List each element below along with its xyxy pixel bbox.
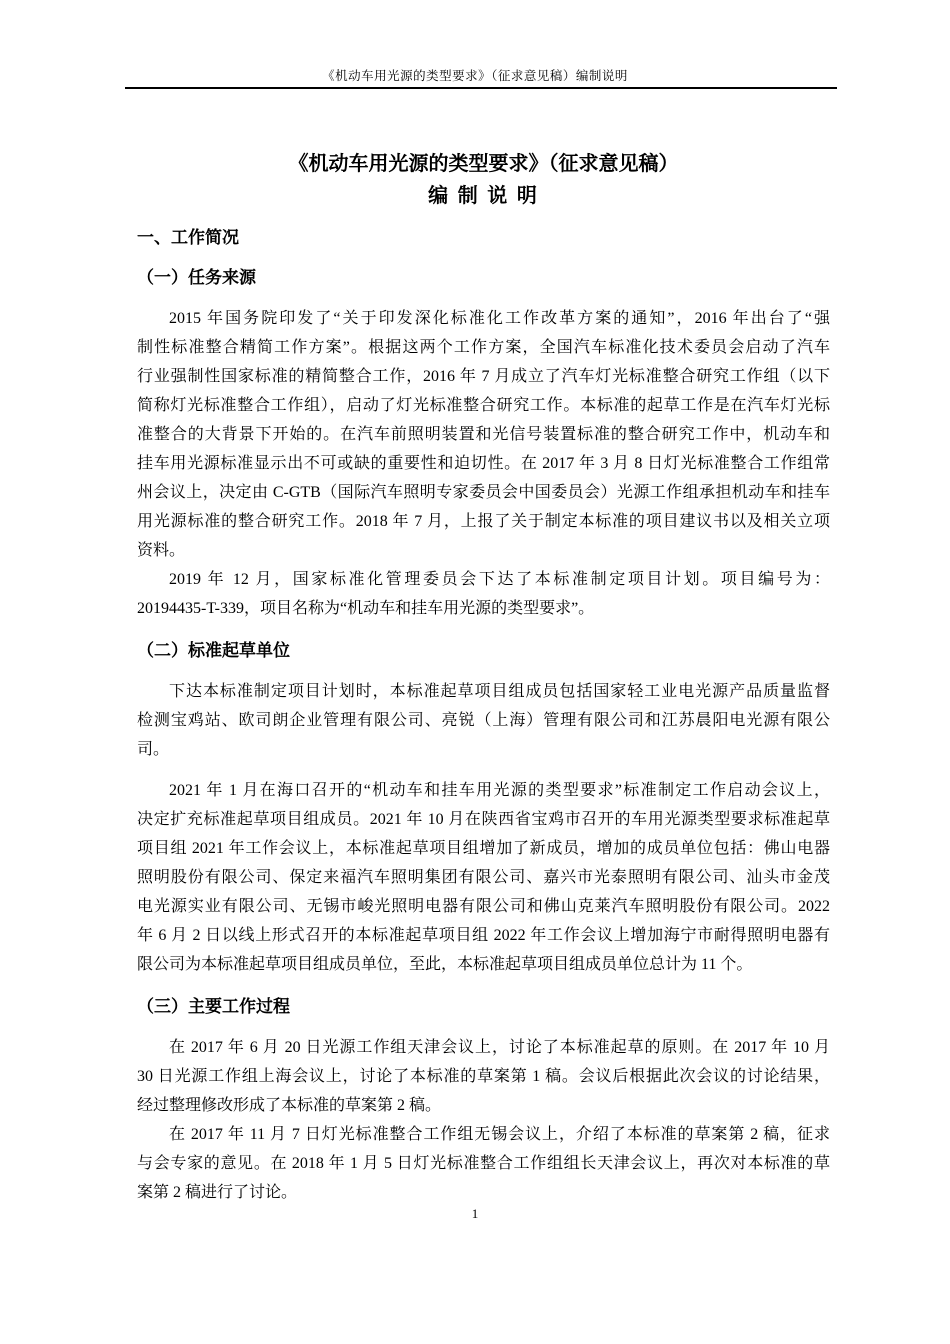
paragraph-line: 2015 年国务院印发了“关于印发深化标准化工作改革方案的通知”，2016 年出… <box>137 304 830 333</box>
document-content: 《机动车用光源的类型要求》（征求意见稿） 编 制 说 明 一、工作简况（一）任务… <box>137 150 830 1207</box>
section-heading: 一、工作简况 <box>137 226 830 250</box>
document-title-line2: 编 制 说 明 <box>137 182 830 210</box>
paragraph: 2021 年 1 月在海口召开的“机动车和挂车用光源的类型要求”标准制定工作启动… <box>137 776 830 979</box>
paragraph: 2019 年 12 月，国家标准化管理委员会下达了本标准制定项目计划。项目编号为… <box>137 565 830 623</box>
paragraph: 2015 年国务院印发了“关于印发深化标准化工作改革方案的通知”，2016 年出… <box>137 304 830 565</box>
paragraph-line: 用光源标准的整合研究工作。2018 年 7 月，上报了关于制定本标准的项目建议书… <box>137 507 830 536</box>
document-body: 一、工作简况（一）任务来源2015 年国务院印发了“关于印发深化标准化工作改革方… <box>137 226 830 1207</box>
paragraph-line: 在 2017 年 11 月 7 日灯光标准整合工作组无锡会议上，介绍了本标准的草… <box>137 1120 830 1149</box>
paragraph-line: 项目组 2021 年工作会议上，本标准起草项目组增加了新成员，增加的成员单位包括… <box>137 834 830 863</box>
paragraph-line: 在 2017 年 6 月 20 日光源工作组天津会议上，讨论了本标准起草的原则。… <box>137 1033 830 1062</box>
paragraph-line: 照明股份有限公司、保定来福汽车照明集团有限公司、嘉兴市光泰照明有限公司、汕头市金… <box>137 863 830 892</box>
document-title-line1: 《机动车用光源的类型要求》（征求意见稿） <box>137 150 830 178</box>
paragraph-line: 行业强制性国家标准的精简整合工作，2016 年 7 月成立了汽车灯光标准整合研究… <box>137 362 830 391</box>
header-rule <box>125 87 837 89</box>
subsection-heading: （三）主要工作过程 <box>137 995 830 1019</box>
paragraph-line: 资料。 <box>137 536 830 565</box>
paragraph: 在 2017 年 6 月 20 日光源工作组天津会议上，讨论了本标准起草的原则。… <box>137 1033 830 1120</box>
paragraph-line: 制性标准整合精简工作方案”。根据这两个工作方案，全国汽车标准化技术委员会启动了汽… <box>137 333 830 362</box>
paragraph-line: 司。 <box>137 735 830 764</box>
paragraph-line: 检测宝鸡站、欧司朗企业管理有限公司、亮锐（上海）管理有限公司和江苏晨阳电光源有限… <box>137 706 830 735</box>
paragraph-line: 准整合的大背景下开始的。在汽车前照明装置和光信号装置标准的整合研究工作中，机动车… <box>137 420 830 449</box>
paragraph-line: 30 日光源工作组上海会议上，讨论了本标准的草案第 1 稿。会议后根据此次会议的… <box>137 1062 830 1091</box>
paragraph-line: 决定扩充标准起草项目组成员。2021 年 10 月在陕西省宝鸡市召开的车用光源类… <box>137 805 830 834</box>
subsection-heading: （二）标准起草单位 <box>137 639 830 663</box>
paragraph-line: 限公司为本标准起草项目组成员单位，至此，本标准起草项目组成员单位总计为 11 个… <box>137 950 830 979</box>
paragraph-line: 与会专家的意见。在 2018 年 1 月 5 日灯光标准整合工作组组长天津会议上… <box>137 1149 830 1178</box>
subsection-heading: （一）任务来源 <box>137 266 830 290</box>
paragraph-line: 20194435-T-339，项目名称为“机动车和挂车用光源的类型要求”。 <box>137 594 830 623</box>
paragraph-line: 州会议上，决定由 C-GTB（国际汽车照明专家委员会中国委员会）光源工作组承担机… <box>137 478 830 507</box>
paragraph-line: 挂车用光源标准显示出不可或缺的重要性和迫切性。在 2017 年 3 月 8 日灯… <box>137 449 830 478</box>
paragraph-line: 年 6 月 2 日以线上形式召开的本标准起草项目组 2022 年工作会议上增加海… <box>137 921 830 950</box>
paragraph-line: 简称灯光标准整合工作组），启动了灯光标准整合研究工作。本标准的起草工作是在汽车灯… <box>137 391 830 420</box>
paragraph-line: 经过整理修改形成了本标准的草案第 2 稿。 <box>137 1091 830 1120</box>
paragraph: 在 2017 年 11 月 7 日灯光标准整合工作组无锡会议上，介绍了本标准的草… <box>137 1120 830 1207</box>
paragraph-line: 电光源实业有限公司、无锡市峻光照明电器有限公司和佛山克莱汽车照明股份有限公司。2… <box>137 892 830 921</box>
paragraph: 下达本标准制定项目计划时，本标准起草项目组成员包括国家轻工业电光源产品质量监督检… <box>137 677 830 764</box>
document-page: 《机动车用光源的类型要求》（征求意见稿）编制说明 《机动车用光源的类型要求》（征… <box>0 0 950 1344</box>
paragraph-line: 2021 年 1 月在海口召开的“机动车和挂车用光源的类型要求”标准制定工作启动… <box>137 776 830 805</box>
paragraph-line: 下达本标准制定项目计划时，本标准起草项目组成员包括国家轻工业电光源产品质量监督 <box>137 677 830 706</box>
running-header: 《机动车用光源的类型要求》（征求意见稿）编制说明 <box>0 66 950 84</box>
paragraph-line: 2019 年 12 月，国家标准化管理委员会下达了本标准制定项目计划。项目编号为… <box>137 565 830 594</box>
page-number: 1 <box>0 1206 950 1222</box>
paragraph-line: 案第 2 稿进行了讨论。 <box>137 1178 830 1207</box>
